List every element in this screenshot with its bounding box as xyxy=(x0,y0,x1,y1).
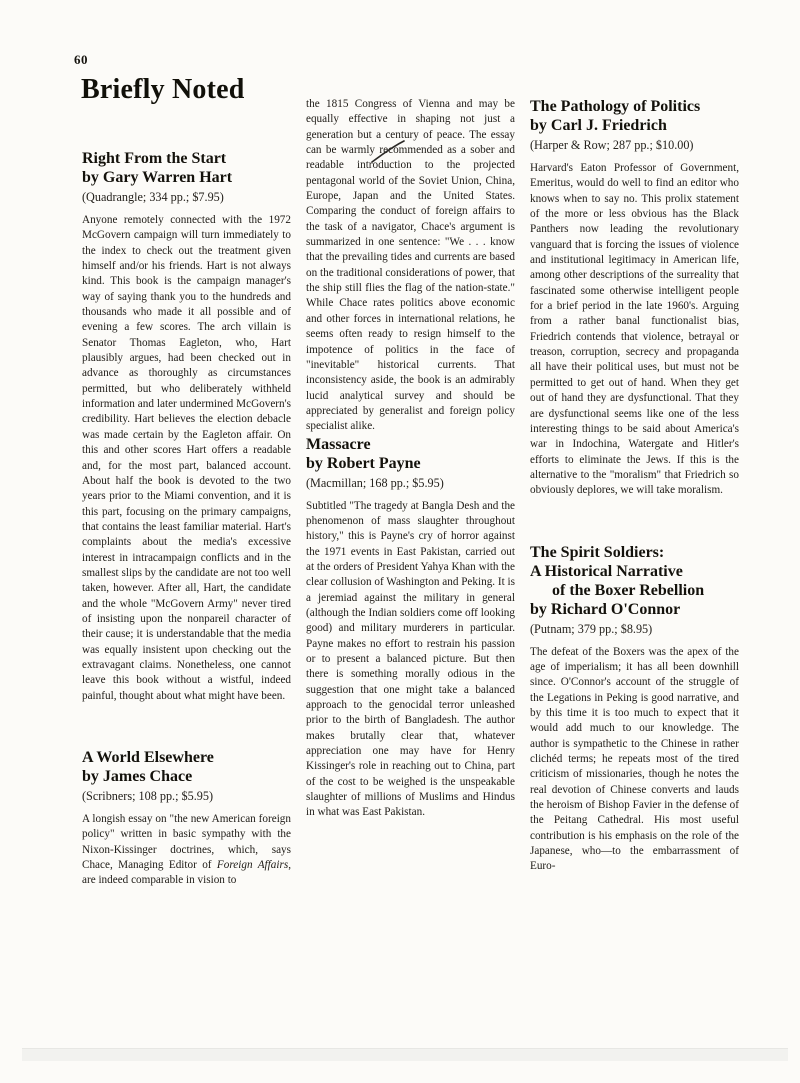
page-edge-shadow xyxy=(22,1048,788,1061)
publisher-line: (Putnam; 379 pp.; $8.95) xyxy=(530,621,739,637)
publisher-line: (Quadrangle; 334 pp.; $7.95) xyxy=(82,189,291,205)
magazine-page: 60 Briefly Noted Right From the Start by… xyxy=(0,0,800,1083)
columns: Right From the Start by Gary Warren Hart… xyxy=(82,97,741,889)
review-payne: Massacre by Robert Payne (Macmillan; 168… xyxy=(306,435,515,821)
review-chace-continuation: the 1815 Congress of Vienna and may be e… xyxy=(306,97,515,435)
review-title-line: Right From the Start xyxy=(82,149,291,168)
review-title-line: The Spirit Soldiers: xyxy=(530,543,739,562)
review-title-line: Massacre xyxy=(306,435,515,454)
review-oconnor: The Spirit Soldiers: A Historical Narrat… xyxy=(530,543,739,875)
review-body: Harvard's Eaton Professor of Government,… xyxy=(530,161,739,499)
review-byline: by James Chace xyxy=(82,767,291,786)
publisher-line: (Harper & Row; 287 pp.; $10.00) xyxy=(530,137,739,153)
review-title-line: A World Elsewhere xyxy=(82,748,291,767)
review-title: A World Elsewhere by James Chace xyxy=(82,748,291,786)
column-1: Right From the Start by Gary Warren Hart… xyxy=(82,97,291,889)
review-byline: by Richard O'Connor xyxy=(530,600,739,619)
review-title: The Spirit Soldiers: A Historical Narrat… xyxy=(530,543,739,619)
review-title-line: The Pathology of Politics xyxy=(530,97,739,116)
review-hart: Right From the Start by Gary Warren Hart… xyxy=(82,149,291,704)
review-byline: by Gary Warren Hart xyxy=(82,168,291,187)
review-title: Right From the Start by Gary Warren Hart xyxy=(82,149,291,187)
review-byline: by Carl J. Friedrich xyxy=(530,116,739,135)
review-title-line: A Historical Narrative xyxy=(530,562,739,581)
review-title: The Pathology of Politics by Carl J. Fri… xyxy=(530,97,739,135)
review-body: A longish essay on "the new American for… xyxy=(82,812,291,889)
review-chace: A World Elsewhere by James Chace (Scribn… xyxy=(82,748,291,889)
review-title-line: of the Boxer Rebellion xyxy=(530,581,739,600)
review-title: Massacre by Robert Payne xyxy=(306,435,515,473)
review-body: Subtitled "The tragedy at Bangla Desh an… xyxy=(306,499,515,821)
review-friedrich: The Pathology of Politics by Carl J. Fri… xyxy=(530,97,739,499)
italic-title-mention: Foreign Affairs xyxy=(217,859,288,871)
publisher-line: (Scribners; 108 pp.; $5.95) xyxy=(82,788,291,804)
publisher-line: (Macmillan; 168 pp.; $5.95) xyxy=(306,475,515,491)
review-body: Anyone remotely connected with the 1972 … xyxy=(82,213,291,704)
column-3: The Pathology of Politics by Carl J. Fri… xyxy=(530,97,739,889)
column-2: the 1815 Congress of Vienna and may be e… xyxy=(306,97,515,889)
review-body: The defeat of the Boxers was the apex of… xyxy=(530,645,739,875)
page-number: 60 xyxy=(74,52,88,68)
review-byline: by Robert Payne xyxy=(306,454,515,473)
